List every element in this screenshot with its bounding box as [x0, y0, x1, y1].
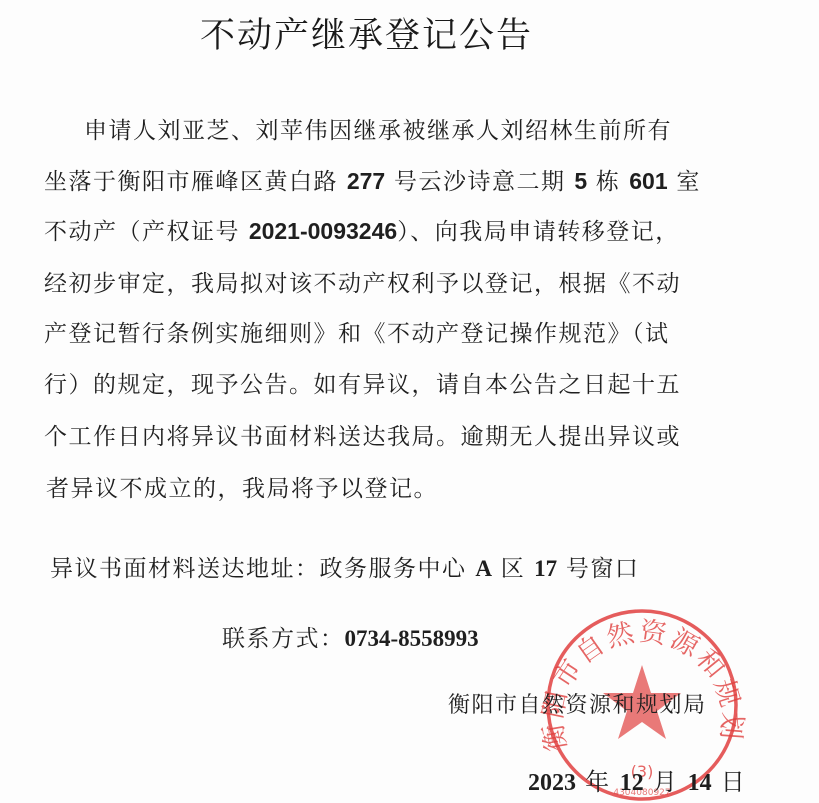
contact-info: 联系方式：0734-8558993 — [222, 620, 479, 653]
body-line-2: 坐落于衡阳市雁峰区黄白路 277 号云沙诗意二期 5 栋 601 室 — [44, 163, 701, 196]
body-line-6: 行）的规定，现予公告。如有异议，请自本公告之日起十五 — [44, 366, 681, 399]
body-line-8: 者异议不成立的，我局将予以登记。 — [46, 470, 438, 503]
issue-date: 2023 年 12 月 14 日 — [528, 762, 746, 797]
issuer-name: 衡阳市自然资源和规划局 — [448, 688, 707, 719]
objection-address: 异议书面材料送达地址：政务服务中心 A 区 17 号窗口 — [50, 550, 639, 583]
document-title: 不动产继承登记公告 — [200, 8, 533, 58]
body-line-5: 产登记暂行条例实施细则》和《不动产登记操作规范》（试 — [44, 315, 670, 348]
body-line-3: 不动产（产权证号 2021-0093246）、向我局申请转移登记， — [44, 213, 680, 246]
body-line-1: 申请人刘亚芝、刘苹伟因继承被继承人刘绍林生前所有 — [84, 112, 672, 145]
body-line-7: 个工作日内将异议书面材料送达我局。逾期无人提出异议或 — [44, 418, 681, 451]
body-line-4: 经初步审定，我局拟对该不动产权利予以登记，根据《不动 — [44, 265, 681, 298]
